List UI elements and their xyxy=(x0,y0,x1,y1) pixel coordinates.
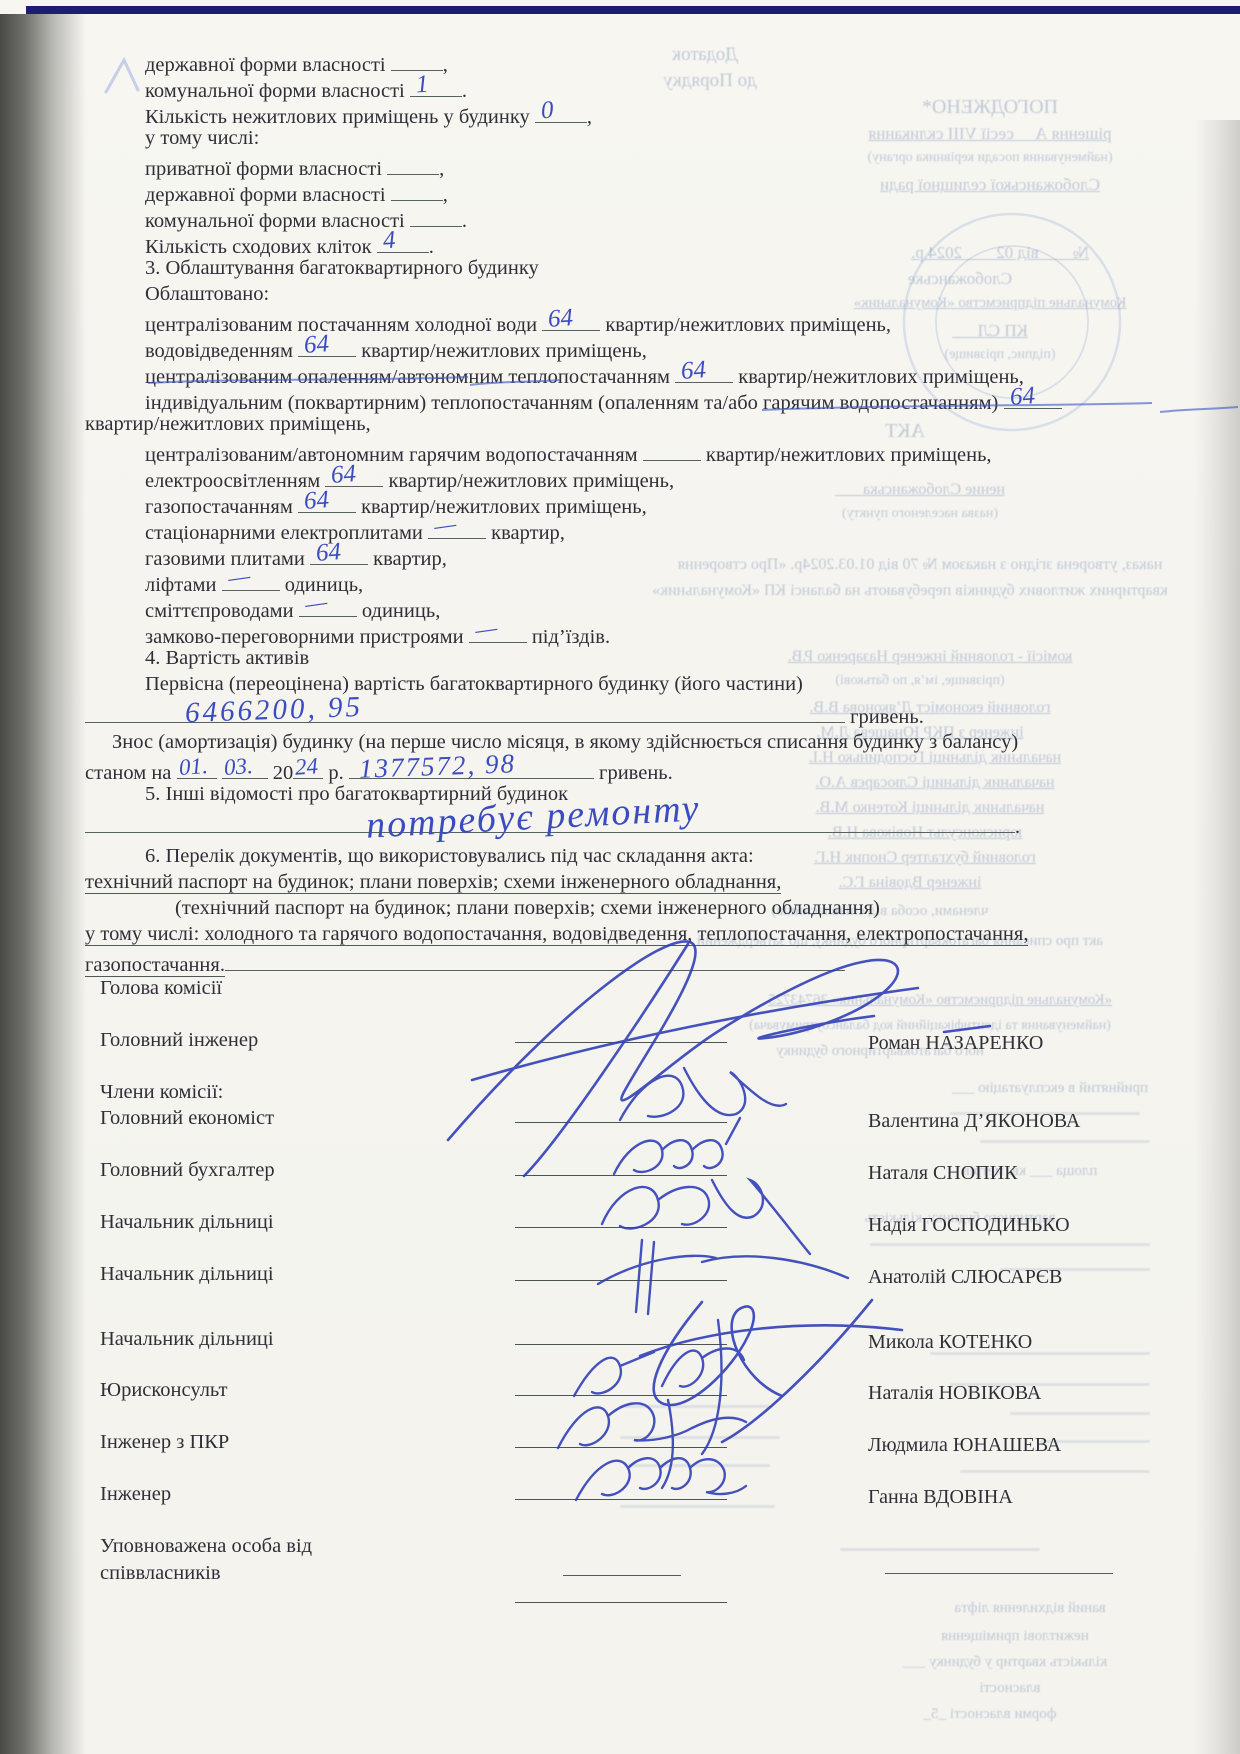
blank-field: 1 xyxy=(410,74,462,97)
signature-kotenko xyxy=(640,1300,902,1442)
bleedthrough-text: наказ, утворена згідно з наказом № 70 ві… xyxy=(620,556,1220,574)
printed-text: квартир, xyxy=(368,548,447,570)
bleedthrough-text: КП СЛ___ xyxy=(900,321,1080,341)
blank-field: 64 xyxy=(1004,386,1062,409)
form-line: централізованим опаленням/автономним теп… xyxy=(145,360,1024,386)
printed-text: комунальної форми власності xyxy=(145,80,410,102)
printed-text: під’їздів. xyxy=(527,626,610,648)
printed-text: . xyxy=(429,236,434,258)
form-line: газовими плитами 64 квартир, xyxy=(145,542,447,568)
printed-text: державної форми власності xyxy=(145,54,391,76)
printed-text: у тому числі: xyxy=(145,127,259,149)
signature-line xyxy=(515,1280,727,1281)
form-line: сміттєпроводами — одиниць, xyxy=(145,594,440,620)
form-line: централізованим/автономним гарячим водоп… xyxy=(145,438,992,464)
signatory-role-label: Інженер xyxy=(100,1481,171,1508)
printed-text: електроосвітленням xyxy=(145,470,325,492)
blank-field: 4 xyxy=(377,230,429,253)
signatory-role-label: Голова комісії xyxy=(100,975,222,1002)
printed-text: комунальної форми власності xyxy=(145,210,410,232)
handwritten-value: 4 xyxy=(382,228,396,254)
signatory-role-label: Уповноважена особа від співвласників xyxy=(100,1533,312,1587)
bleedthrough-text: «Комунальне підприємство «Комунальник» 3… xyxy=(700,992,1180,1009)
page-edge-shadow xyxy=(1194,120,1240,1754)
blank-field: 0 xyxy=(535,100,587,123)
printed-text: станом на xyxy=(85,762,177,784)
printed-text: газопостачання. xyxy=(85,954,225,977)
printed-text: квартир/нежитлових приміщень, xyxy=(701,444,992,466)
form-line: Кількість нежитлових приміщень у будинку… xyxy=(145,100,592,126)
bleedthrough-text: до Порядку xyxy=(630,70,790,92)
signature-line xyxy=(515,1175,727,1176)
scanner-edge-line xyxy=(26,6,1240,14)
signatory-role-label: Начальник дільниці xyxy=(100,1261,274,1288)
blank-field: 64 xyxy=(542,308,600,331)
bleedthrough-smudge xyxy=(620,1405,770,1408)
printed-text: стаціонарними електроплитами xyxy=(145,522,428,544)
signatory-role-label: Головний бухгалтер xyxy=(100,1157,275,1184)
handwritten-value: 03. xyxy=(223,753,253,780)
printed-text: технічний паспорт на будинок; плани пове… xyxy=(85,871,781,894)
printed-text: р. xyxy=(323,762,349,784)
signature-line xyxy=(515,1447,727,1448)
printed-text: централізованим/автономним гарячим водоп… xyxy=(145,444,643,466)
printed-text: одиниць, xyxy=(357,600,441,622)
form-line: 3. Облаштування багатоквартирного будинк… xyxy=(145,256,539,282)
handwritten-value: 1 xyxy=(415,72,429,98)
printed-text: водовідведенням xyxy=(145,340,298,362)
blank-field: потребує ремонту xyxy=(85,810,1015,833)
bleedthrough-text: (найменування посади керівника органу) xyxy=(830,150,1150,166)
printed-text: квартир/нежитлових приміщень, xyxy=(600,314,891,336)
form-line: Облаштовано: xyxy=(145,282,269,308)
blank-field: 64 xyxy=(675,360,733,383)
bleedthrough-text: ваний відхилення ліфта xyxy=(880,1600,1180,1617)
bleedthrough-text: ПОГОДЖЕНО* xyxy=(860,96,1120,119)
signatory-name: Роман НАЗАРЕНКО xyxy=(868,1032,1043,1055)
blank-field: — xyxy=(299,594,357,617)
form-line: 6466200, 95 гривень. xyxy=(85,700,924,726)
printed-text: приватної форми власності xyxy=(145,158,387,180)
bleedthrough-smudge xyxy=(1010,1412,1150,1415)
signatory-name: Анатолій СЛЮСАРЄВ xyxy=(868,1266,1062,1289)
signatory-name: Наталя СНОПИК xyxy=(868,1162,1017,1185)
printed-text: , xyxy=(587,106,592,128)
bleedthrough-text: начальник дільниці Слюсарєв А.О. xyxy=(755,774,1115,792)
form-line: індивідуальним (поквартирним) теплопоста… xyxy=(145,386,1062,412)
bleedthrough-text: форми власності _5_ xyxy=(850,1706,1130,1723)
blank-field xyxy=(643,438,701,461)
bleedthrough-smudge xyxy=(620,1505,775,1508)
form-line: ліфтами — одиниць, xyxy=(145,568,363,594)
handwritten-value: 64 xyxy=(1009,383,1036,410)
blank-field: 03. xyxy=(222,756,268,779)
bleedthrough-text: Слобожанське xyxy=(830,269,1090,289)
form-line: (технічний паспорт на будинок; плани пов… xyxy=(175,896,880,922)
bleedthrough-text: кількість квартир у будинку ___ xyxy=(840,1654,1170,1671)
printed-text: , xyxy=(439,158,444,180)
printed-text: , xyxy=(443,54,448,76)
printed-text: . xyxy=(462,210,467,232)
printed-text: Первісна (переоцінена) вартість багатокв… xyxy=(145,673,803,695)
bleedthrough-text: Слобожанської селищної ради xyxy=(840,175,1140,195)
signature-sliusariev xyxy=(598,1240,848,1314)
blank-field: 24 xyxy=(293,756,323,779)
bleedthrough-text: власності xyxy=(930,1680,1090,1697)
blank-field: — xyxy=(469,620,527,643)
printed-text: (технічний паспорт на будинок; плани пов… xyxy=(175,897,880,919)
form-line: у тому числі: холодного та гарячого водо… xyxy=(85,922,1028,948)
signature-line xyxy=(515,1122,727,1123)
form-line: потребує ремонту. xyxy=(85,810,1020,836)
bleedthrough-text: головний бухгалтер Снопик Н.Г. xyxy=(755,849,1095,867)
handwritten-value: — xyxy=(226,563,251,591)
signatory-role-label: Начальник дільниці xyxy=(100,1326,274,1353)
form-line: електроосвітленням 64 квартир/нежитлових… xyxy=(145,464,674,490)
bleedthrough-text: нение Слобожанська ___ xyxy=(760,481,1080,499)
form-line: 6. Перелік документів, що використовувал… xyxy=(145,844,754,870)
blank-field: 6466200, 95 xyxy=(85,700,845,723)
handwritten-value: 01. xyxy=(178,753,208,780)
bleedthrough-text: Додаток xyxy=(640,44,770,66)
pen-check-mark xyxy=(106,60,138,92)
bleedthrough-text: (назва населеного пункту) xyxy=(780,506,1060,522)
blank-field xyxy=(387,152,439,175)
handwritten-value: 64 xyxy=(547,305,574,332)
handwritten-value: 1377572, 98 xyxy=(359,751,517,781)
signatory-name: Наталія НОВІКОВА xyxy=(868,1382,1041,1405)
signature-line xyxy=(515,1042,727,1043)
blank-field: 1377572, 98 xyxy=(349,756,594,779)
handwritten-value: 6466200, 95 xyxy=(185,695,364,726)
signatory-role-label: Головний економіст xyxy=(100,1105,274,1132)
bleedthrough-text: прийнятий в експлуатацію ___ xyxy=(900,1080,1200,1097)
form-line: державної форми власності , xyxy=(145,48,448,74)
printed-text: квартир/нежитлових приміщень, xyxy=(356,340,647,362)
signatory-name: Людмила ЮНАШЕВА xyxy=(868,1434,1061,1457)
printed-text: 3. Облаштування багатоквартирного будинк… xyxy=(145,257,539,279)
bleedthrough-smudge xyxy=(960,1470,1150,1473)
form-line: комунальної форми власності . xyxy=(145,204,467,230)
scanned-document-page: Додатокдо ПорядкуПОГОДЖЕНО*рішення А__ с… xyxy=(0,0,1240,1754)
blank-field: — xyxy=(222,568,280,591)
handwritten-value: 64 xyxy=(303,331,330,358)
form-line: водовідведенням 64 квартир/нежитлових пр… xyxy=(145,334,647,360)
printed-text: 4. Вартість активів xyxy=(145,647,309,669)
blank-field: 64 xyxy=(325,464,383,487)
printed-text: 6. Перелік документів, що використовувал… xyxy=(145,845,754,867)
signature-line xyxy=(515,1227,727,1228)
form-line: приватної форми власності , xyxy=(145,152,444,178)
handwritten-value: 64 xyxy=(330,461,357,488)
form-line: централізованим постачанням холодної вод… xyxy=(145,308,891,334)
form-line: квартир/нежитлових приміщень, xyxy=(85,412,371,438)
printed-text: квартир/нежитлових приміщень, xyxy=(733,366,1024,388)
printed-text: Кількість нежитлових приміщень у будинку xyxy=(145,106,535,128)
handwritten-value: — xyxy=(303,589,328,617)
printed-text: ліфтами xyxy=(145,574,222,596)
blank-signature-line xyxy=(563,1575,681,1576)
bleedthrough-smudge xyxy=(840,1548,1040,1551)
signature-line xyxy=(515,1395,727,1396)
blank-signature-line xyxy=(885,1573,1113,1574)
printed-text: квартир/нежитлових приміщень, xyxy=(356,496,647,518)
blank-field: 64 xyxy=(310,542,368,565)
bleedthrough-text: № ___ від 02 ___ 2024 р. xyxy=(850,243,1150,263)
printed-text: централізованим опаленням/автономним теп… xyxy=(145,366,675,388)
signatory-role-label: Члени комісії: xyxy=(100,1079,223,1106)
printed-text: у тому числі: холодного та гарячого водо… xyxy=(85,923,1028,946)
form-line: технічний паспорт на будинок; плани пове… xyxy=(85,870,781,896)
printed-text: Кількість сходових кліток xyxy=(145,236,377,258)
bleedthrough-smudge xyxy=(980,1140,1150,1143)
signatory-role-label: Начальник дільниці xyxy=(100,1209,274,1236)
signature-diakonova xyxy=(620,1068,786,1120)
printed-text: . xyxy=(462,80,467,102)
printed-text: Знос (амортизація) будинку (на перше чис… xyxy=(112,731,1018,753)
handwritten-value: 64 xyxy=(303,487,330,514)
form-line: Кількість сходових кліток 4. xyxy=(145,230,434,256)
signature-line xyxy=(515,1602,727,1603)
blank-field: — xyxy=(428,516,486,539)
printed-text: , xyxy=(443,184,448,206)
signatory-role-label: Інженер з ПКР xyxy=(100,1429,229,1456)
printed-text: гривень. xyxy=(594,762,673,784)
printed-text: державної форми власності xyxy=(145,184,391,206)
handwritten-value: 0 xyxy=(540,98,554,124)
form-line: у тому числі: xyxy=(145,126,259,152)
bleedthrough-text: квартирних житлових будинків перебувають… xyxy=(600,582,1220,600)
printed-text: сміттєпроводами xyxy=(145,600,299,622)
form-line: Знос (амортизація) будинку (на перше чис… xyxy=(112,730,1018,756)
printed-text: індивідуальним (поквартирним) теплопоста… xyxy=(145,392,1004,414)
bleedthrough-smudge xyxy=(628,1464,770,1467)
printed-text: квартир, xyxy=(486,522,565,544)
signature-yunasheva xyxy=(558,1400,746,1488)
form-line: газопостачанням 64 квартир/нежитлових пр… xyxy=(145,490,647,516)
form-line: державної форми власності , xyxy=(145,178,448,204)
signatory-name: Валентина Д’ЯКОНОВА xyxy=(868,1110,1080,1133)
handwritten-value: потребує ремонту xyxy=(365,796,701,838)
bleedthrough-text: (прізвище, ім’я, по батькові) xyxy=(760,673,1080,689)
signature-line xyxy=(515,1499,727,1500)
handwritten-value: — xyxy=(432,511,457,539)
book-spine-shadow xyxy=(0,14,86,1754)
blank-field xyxy=(410,204,462,227)
blank-field: 01. xyxy=(177,756,217,779)
bleedthrough-text: комісії - головний інженер Назаренко Р.В… xyxy=(740,648,1120,666)
form-line: станом на 01. 03. 2024 р. 1377572, 98 гр… xyxy=(85,756,673,782)
blank-field xyxy=(391,178,443,201)
printed-text: гривень. xyxy=(845,706,924,728)
bleedthrough-text: нежитлові приміщення xyxy=(870,1628,1160,1645)
form-line: стаціонарними електроплитами — квартир, xyxy=(145,516,565,542)
printed-text: Облаштовано: xyxy=(145,283,269,305)
bleedthrough-text: інженер Вдовіна Г.С. xyxy=(760,874,1060,892)
printed-text: квартир/нежитлових приміщень, xyxy=(383,470,674,492)
blank-field: 64 xyxy=(298,334,356,357)
handwritten-value: 64 xyxy=(315,539,342,566)
printed-text: газопостачанням xyxy=(145,496,298,518)
bleedthrough-text: рішення А__ сесії VIII скликання xyxy=(820,124,1160,144)
bleedthrough-smudge xyxy=(870,1243,1150,1246)
signature-snopyk xyxy=(614,1118,740,1174)
signature-novikova xyxy=(574,1320,744,1454)
blank-field xyxy=(391,48,443,71)
printed-text: . xyxy=(1015,816,1020,838)
signatory-role-label: Юрисконсульт xyxy=(100,1377,227,1404)
handwritten-value: 64 xyxy=(680,357,707,384)
form-line: комунальної форми власності 1. xyxy=(145,74,467,100)
signatory-name: Микола КОТЕНКО xyxy=(868,1331,1032,1354)
blank-field: 64 xyxy=(298,490,356,513)
signature-line xyxy=(515,1344,727,1345)
form-line: замково-переговорними пристроями — під’ї… xyxy=(145,620,610,646)
printed-text: замково-переговорними пристроями xyxy=(145,626,469,648)
printed-text: квартир/нежитлових приміщень, xyxy=(85,413,371,435)
signatory-name: Ганна ВДОВІНА xyxy=(868,1486,1013,1509)
printed-text: 20 xyxy=(268,762,294,784)
handwritten-value: — xyxy=(473,615,498,643)
handwritten-value: 24 xyxy=(294,753,319,780)
form-line: газопостачання. xyxy=(85,948,845,974)
blank-field xyxy=(225,948,845,971)
signatory-role-label: Головний інженер xyxy=(100,1027,258,1054)
form-line: 4. Вартість активів xyxy=(145,646,309,672)
printed-text: централізованим постачанням холодної вод… xyxy=(145,314,542,336)
signature-hospodynko xyxy=(602,1180,810,1254)
bleedthrough-smudge xyxy=(620,1436,780,1439)
signatory-name: Надія ГОСПОДИНЬКО xyxy=(868,1214,1070,1237)
